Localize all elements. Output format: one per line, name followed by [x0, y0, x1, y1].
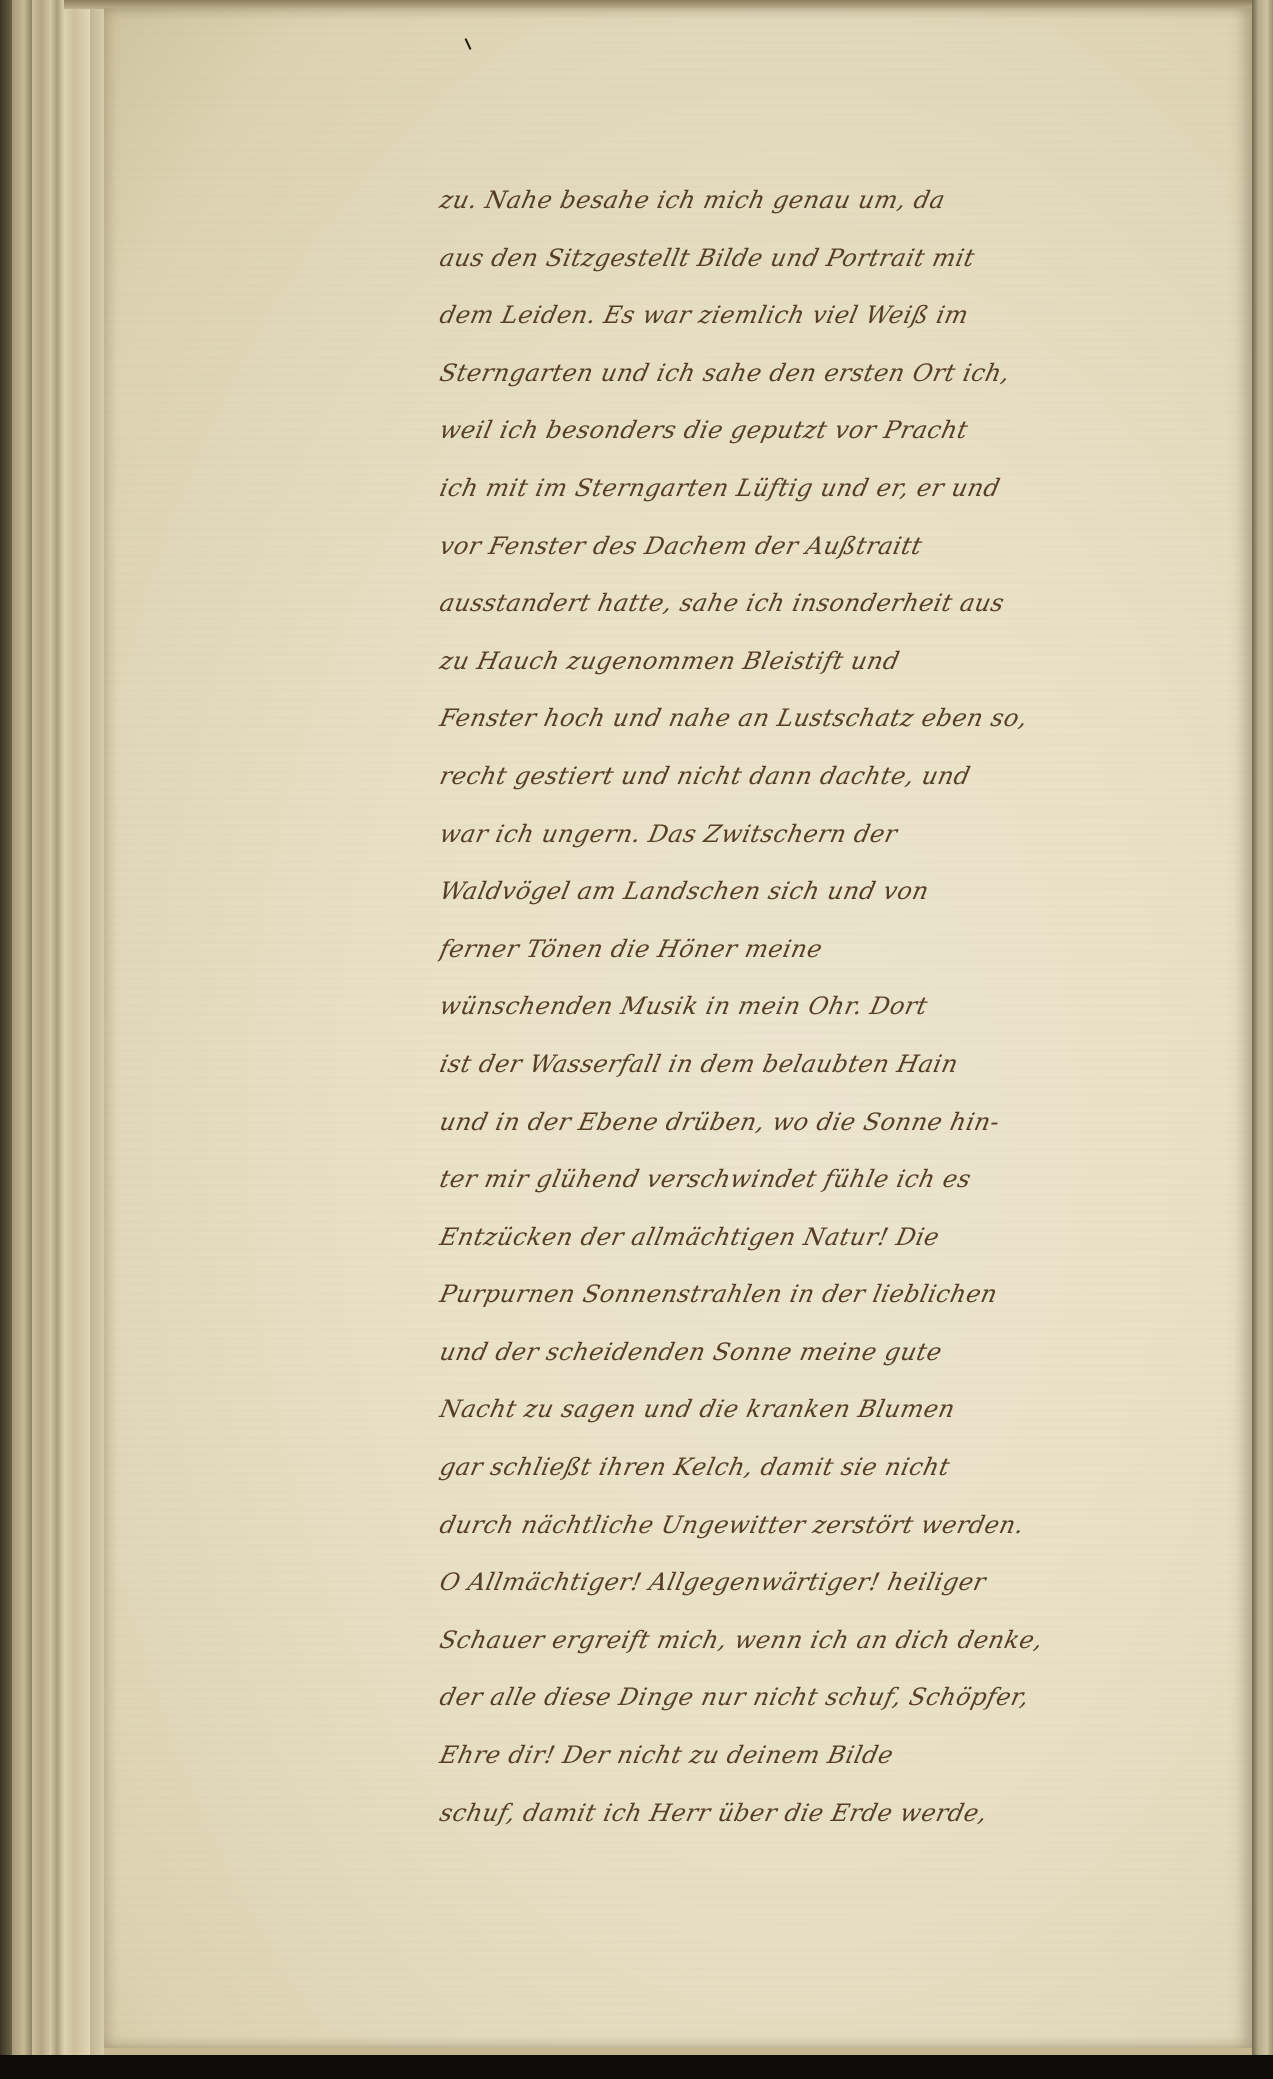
text-line: Fenster hoch und nahe an Lustschatz eben…	[434, 690, 1186, 748]
text-line: Waldvögel am Landschen sich und von	[434, 863, 1186, 921]
text-line: ferner Tönen die Höner meine	[434, 921, 1186, 979]
text-line: Schauer ergreift mich, wenn ich an dich …	[434, 1612, 1186, 1670]
text-line: dem Leiden. Es war ziemlich viel Weiß im	[434, 287, 1186, 345]
text-line: durch nächtliche Ungewitter zerstört wer…	[434, 1497, 1186, 1555]
handwritten-text-block: zu. Nahe besahe ich mich genau um, da au…	[440, 172, 1180, 1842]
text-line: und der scheidenden Sonne meine gute	[434, 1324, 1186, 1382]
text-line: schuf, damit ich Herr über die Erde werd…	[434, 1785, 1186, 1843]
text-line: recht gestiert und nicht dann dachte, un…	[434, 748, 1186, 806]
text-line: Entzücken der allmächtigen Natur! Die	[434, 1209, 1186, 1267]
page-edge	[0, 0, 12, 2055]
page-edge	[64, 0, 90, 2055]
text-line: Ehre dir! Der nicht zu deinem Bilde	[434, 1727, 1186, 1785]
text-line: ausstandert hatte, sahe ich insonderheit…	[434, 575, 1186, 633]
text-line: der alle diese Dinge nur nicht schuf, Sc…	[434, 1669, 1186, 1727]
text-line: weil ich besonders die geputzt vor Prach…	[434, 402, 1186, 460]
text-line: ich mit im Sterngarten Lüftig und er, er…	[434, 460, 1186, 518]
text-line: gar schließt ihren Kelch, damit sie nich…	[434, 1439, 1186, 1497]
text-line: Sterngarten und ich sahe den ersten Ort …	[434, 345, 1186, 403]
page-edge	[12, 0, 32, 2055]
book-gutter	[1252, 0, 1273, 2055]
page-edge	[50, 0, 64, 2055]
text-line: zu Hauch zugenommen Bleistift und	[434, 633, 1186, 691]
text-line: war ich ungern. Das Zwitschern der	[434, 806, 1186, 864]
page-edge	[90, 0, 104, 2055]
text-line: vor Fenster des Dachem der Außtraitt	[434, 518, 1186, 576]
text-line: ter mir glühend verschwindet fühle ich e…	[434, 1151, 1186, 1209]
text-line: Purpurnen Sonnenstrahlen in der lieblich…	[434, 1266, 1186, 1324]
text-line: zu. Nahe besahe ich mich genau um, da	[434, 172, 1186, 230]
text-line: aus den Sitzgestellt Bilde und Portrait …	[434, 230, 1186, 288]
text-line: O Allmächtiger! Allgegenwärtiger! heilig…	[434, 1554, 1186, 1612]
text-line: ist der Wasserfall in dem belaubten Hain	[434, 1036, 1186, 1094]
text-line: wünschenden Musik in mein Ohr. Dort	[434, 978, 1186, 1036]
text-line: und in der Ebene drüben, wo die Sonne hi…	[434, 1094, 1186, 1152]
text-line: Nacht zu sagen und die kranken Blumen	[434, 1381, 1186, 1439]
book-scan: zu. Nahe besahe ich mich genau um, da au…	[0, 0, 1273, 2055]
page-edge	[32, 0, 50, 2055]
